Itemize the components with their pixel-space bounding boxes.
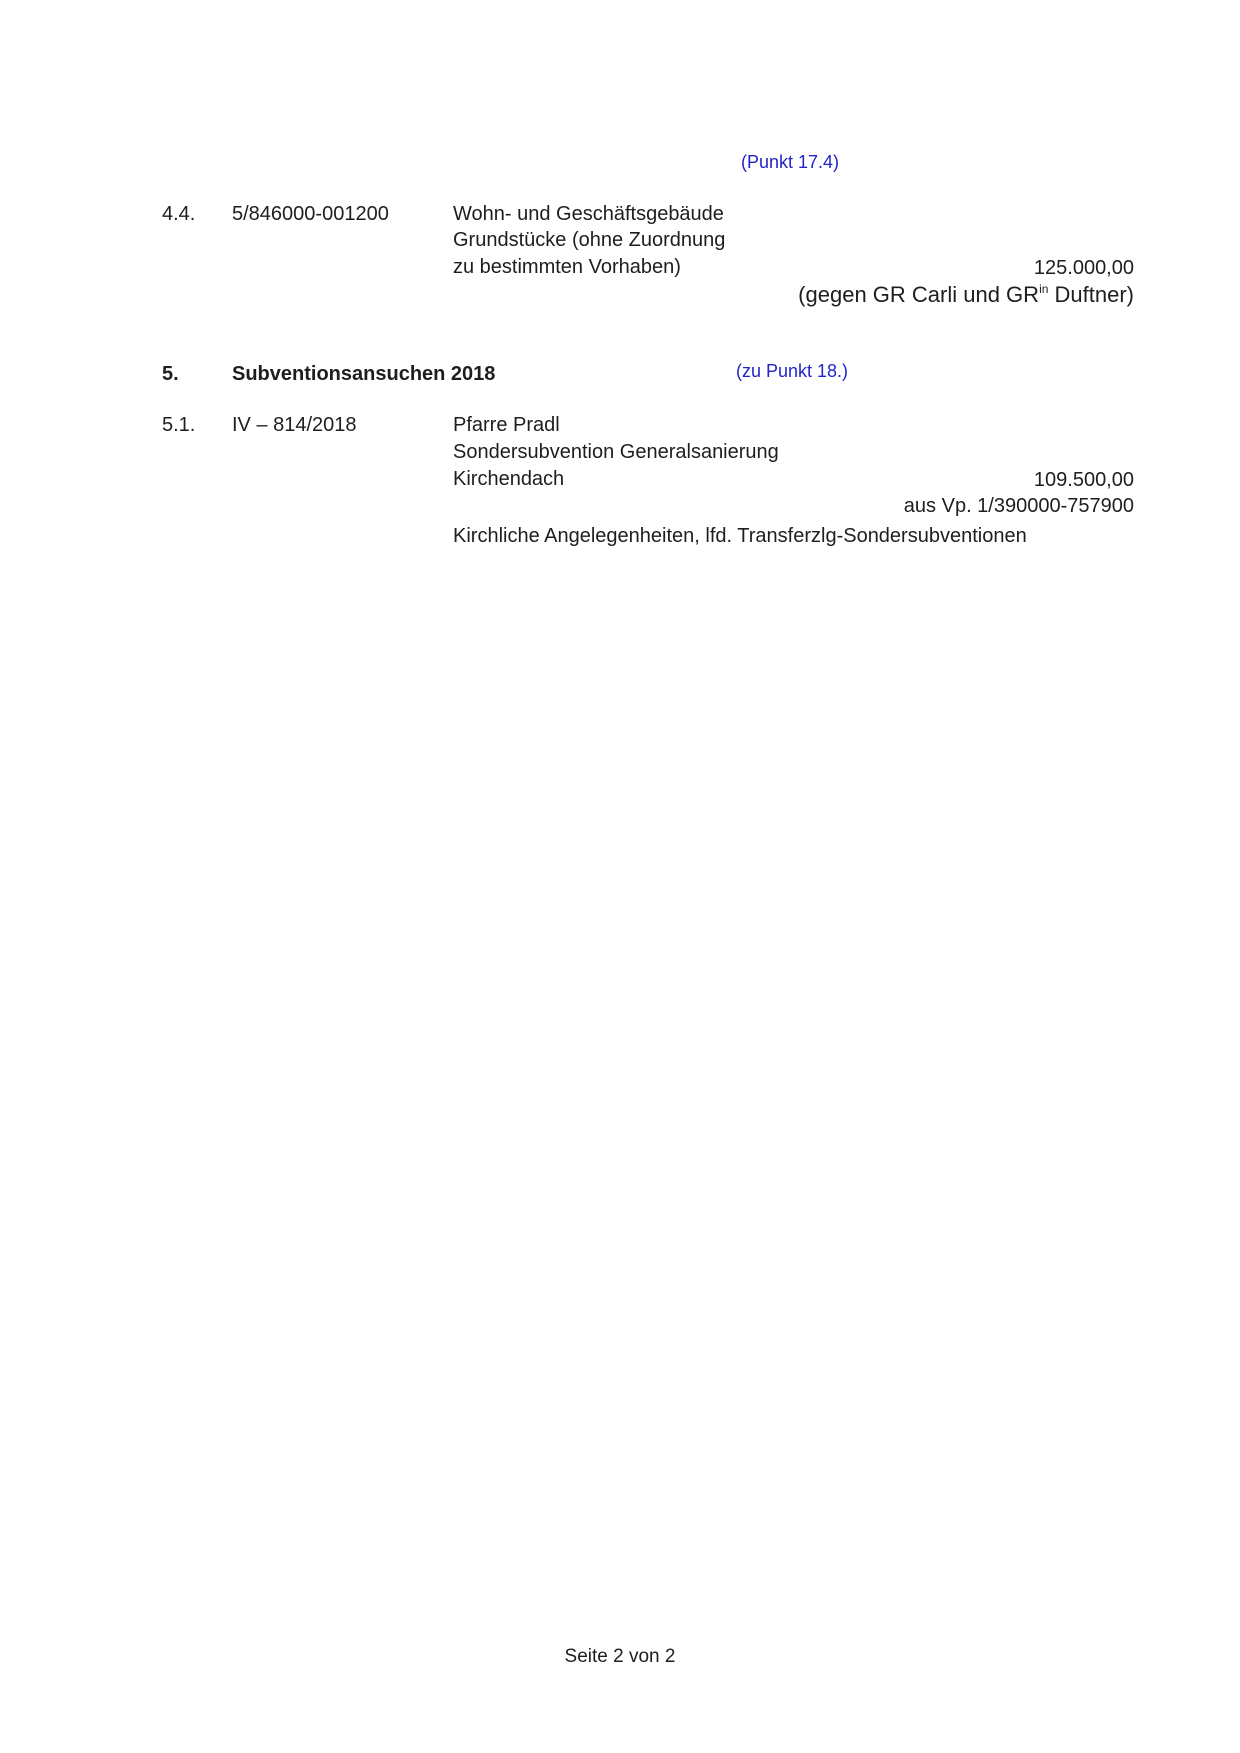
description-line: zu bestimmten Vorhaben) <box>453 255 681 279</box>
account-number: 5/846000-001200 <box>232 202 389 226</box>
section-title: Subventionsansuchen 2018 <box>232 362 495 386</box>
item-number: 4.4. <box>162 202 195 226</box>
vote-note-suffix: Duftner) <box>1048 282 1134 307</box>
budget-description: Kirchliche Angelegenheiten, lfd. Transfe… <box>453 524 1027 548</box>
section-number: 5. <box>162 362 179 386</box>
vote-note-superscript: in <box>1039 282 1048 296</box>
budget-source: aus Vp. 1/390000-757900 <box>904 494 1134 518</box>
description-line: Sondersubvention Generalsanierung <box>453 440 779 464</box>
reference-punkt-18: (zu Punkt 18.) <box>736 361 848 382</box>
amount: 125.000,00 <box>1034 256 1134 280</box>
vote-note: (gegen GR Carli und GRin Duftner) <box>798 282 1134 308</box>
description-line: Kirchendach <box>453 467 564 491</box>
file-number: IV – 814/2018 <box>232 413 357 437</box>
page-footer: Seite 2 von 2 <box>0 1646 1240 1668</box>
description-line: Grundstücke (ohne Zuordnung <box>453 228 725 252</box>
amount: 109.500,00 <box>1034 468 1134 492</box>
description-line: Wohn- und Geschäftsgebäude <box>453 202 724 226</box>
reference-punkt-17-4: (Punkt 17.4) <box>741 152 839 173</box>
vote-note-prefix: (gegen GR Carli und GR <box>798 282 1039 307</box>
item-number: 5.1. <box>162 413 195 437</box>
description-line: Pfarre Pradl <box>453 413 560 437</box>
